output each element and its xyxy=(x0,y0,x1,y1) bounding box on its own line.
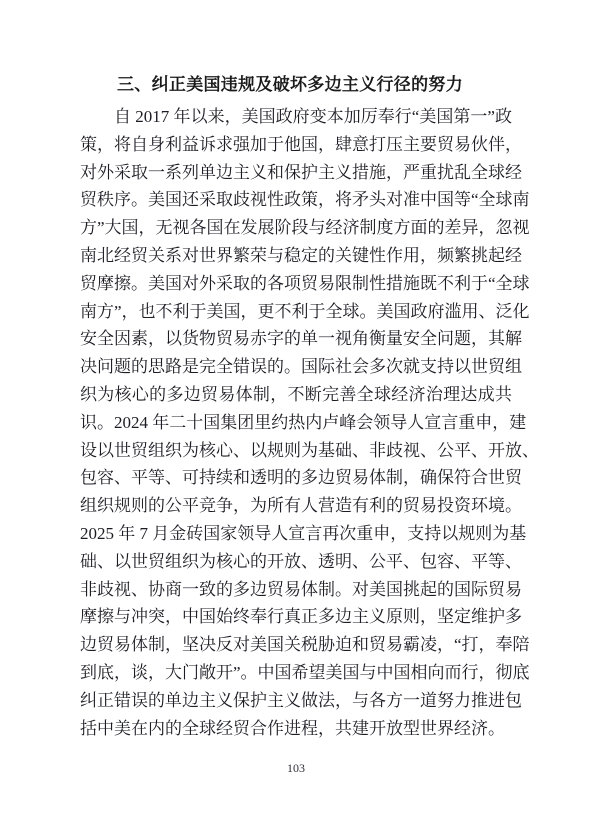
text-line: 南方”，也不利于美国，更不利于全球。美国政府滥用、泛化 xyxy=(80,298,512,326)
text-line: 方”大国，无视各国在发展阶段与经济制度方面的差异，忽视 xyxy=(80,214,512,242)
text-line: 设以世贸组织为核心、以规则为基础、非歧视、公平、开放、 xyxy=(80,437,512,465)
text-line: 边贸易体制，坚决反对美国关税胁迫和贸易霸凌，“打，奉陪 xyxy=(80,631,512,659)
text-line: 决问题的思路是完全错误的。国际社会多次就支持以世贸组 xyxy=(80,353,512,381)
text-line: 础、以世贸组织为核心的开放、透明、公平、包容、平等、 xyxy=(80,548,512,576)
text-line: 南北经贸关系对世界繁荣与稳定的关键性作用，频繁挑起经 xyxy=(80,242,512,270)
text-line: 到底，谈，大门敞开”。中国希望美国与中国相向而行，彻底 xyxy=(80,659,512,687)
page-number: 103 xyxy=(0,761,592,776)
text-line: 自 2017 年以来，美国政府变本加厉奉行“美国第一”政 xyxy=(80,103,512,131)
text-line: 策，将自身利益诉求强加于他国，肆意打压主要贸易伙伴， xyxy=(80,131,512,159)
text-line: 安全因素，以货物贸易赤字的单一视角衡量安全问题，其解 xyxy=(80,325,512,353)
text-line: 织为核心的多边贸易体制，不断完善全球经济治理达成共 xyxy=(80,381,512,409)
text-line: 非歧视、协商一致的多边贸易体制。对美国挑起的国际贸易 xyxy=(80,576,512,604)
body-paragraph: 自 2017 年以来，美国政府变本加厉奉行“美国第一”政 策，将自身利益诉求强加… xyxy=(80,103,512,742)
section-heading: 三、纠正美国违规及破坏多边主义行径的努力 xyxy=(117,71,463,99)
text-line: 摩擦与冲突，中国始终奉行真正多边主义原则，坚定维护多 xyxy=(80,603,512,631)
text-line: 对外采取一系列单边主义和保护主义措施，严重扰乱全球经 xyxy=(80,159,512,187)
text-line: 组织规则的公平竞争，为所有人营造有利的贸易投资环境。 xyxy=(80,492,512,520)
document-page: 三、纠正美国违规及破坏多边主义行径的努力 自 2017 年以来，美国政府变本加厉… xyxy=(0,0,592,835)
text-line: 纠正错误的单边主义保护主义做法，与各方一道努力推进包 xyxy=(80,687,512,715)
text-line: 贸秩序。美国还采取歧视性政策，将矛头对准中国等“全球南 xyxy=(80,186,512,214)
text-line: 括中美在内的全球经贸合作进程，共建开放型世界经济。 xyxy=(80,715,512,743)
text-line: 2025 年 7 月金砖国家领导人宣言再次重申，支持以规则为基 xyxy=(80,520,512,548)
text-line: 识。2024 年二十国集团里约热内卢峰会领导人宣言重申，建 xyxy=(80,409,512,437)
text-line: 贸摩擦。美国对外采取的各项贸易限制性措施既不利于“全球 xyxy=(80,270,512,298)
text-line: 包容、平等、可持续和透明的多边贸易体制，确保符合世贸 xyxy=(80,464,512,492)
